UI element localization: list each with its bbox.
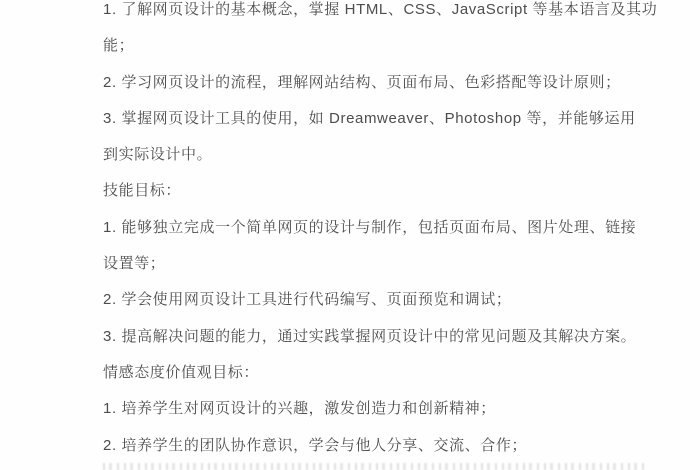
text-line: 2. 学习网页设计的流程，理解网站结构、页面布局、色彩搭配等设计原则； [103,65,693,101]
text-line: 1. 培养学生对网页设计的兴趣，激发创造力和创新精神； [103,391,693,427]
section-heading: 技能目标： [103,173,693,209]
cutoff-text-line [103,463,648,470]
text-line: 3. 掌握网页设计工具的使用，如 Dreamweaver、Photoshop 等… [103,101,693,137]
text-line: 1. 能够独立完成一个简单网页的设计与制作，包括页面布局、图片处理、链接 [103,210,693,246]
text-line: 到实际设计中。 [103,137,693,173]
text-line: 3. 提高解决问题的能力，通过实践掌握网页设计中的常见问题及其解决方案。 [103,319,693,355]
document-text-block: 1. 了解网页设计的基本概念，掌握 HTML、CSS、JavaScript 等基… [103,0,693,464]
document-page: 1. 了解网页设计的基本概念，掌握 HTML、CSS、JavaScript 等基… [0,0,700,470]
text-line: 能； [103,28,693,64]
text-line: 1. 了解网页设计的基本概念，掌握 HTML、CSS、JavaScript 等基… [103,0,693,28]
text-line: 设置等； [103,246,693,282]
text-line: 2. 培养学生的团队协作意识，学会与他人分享、交流、合作； [103,428,693,464]
section-heading: 情感态度价值观目标： [103,355,693,391]
text-line: 2. 学会使用网页设计工具进行代码编写、页面预览和调试； [103,282,693,318]
